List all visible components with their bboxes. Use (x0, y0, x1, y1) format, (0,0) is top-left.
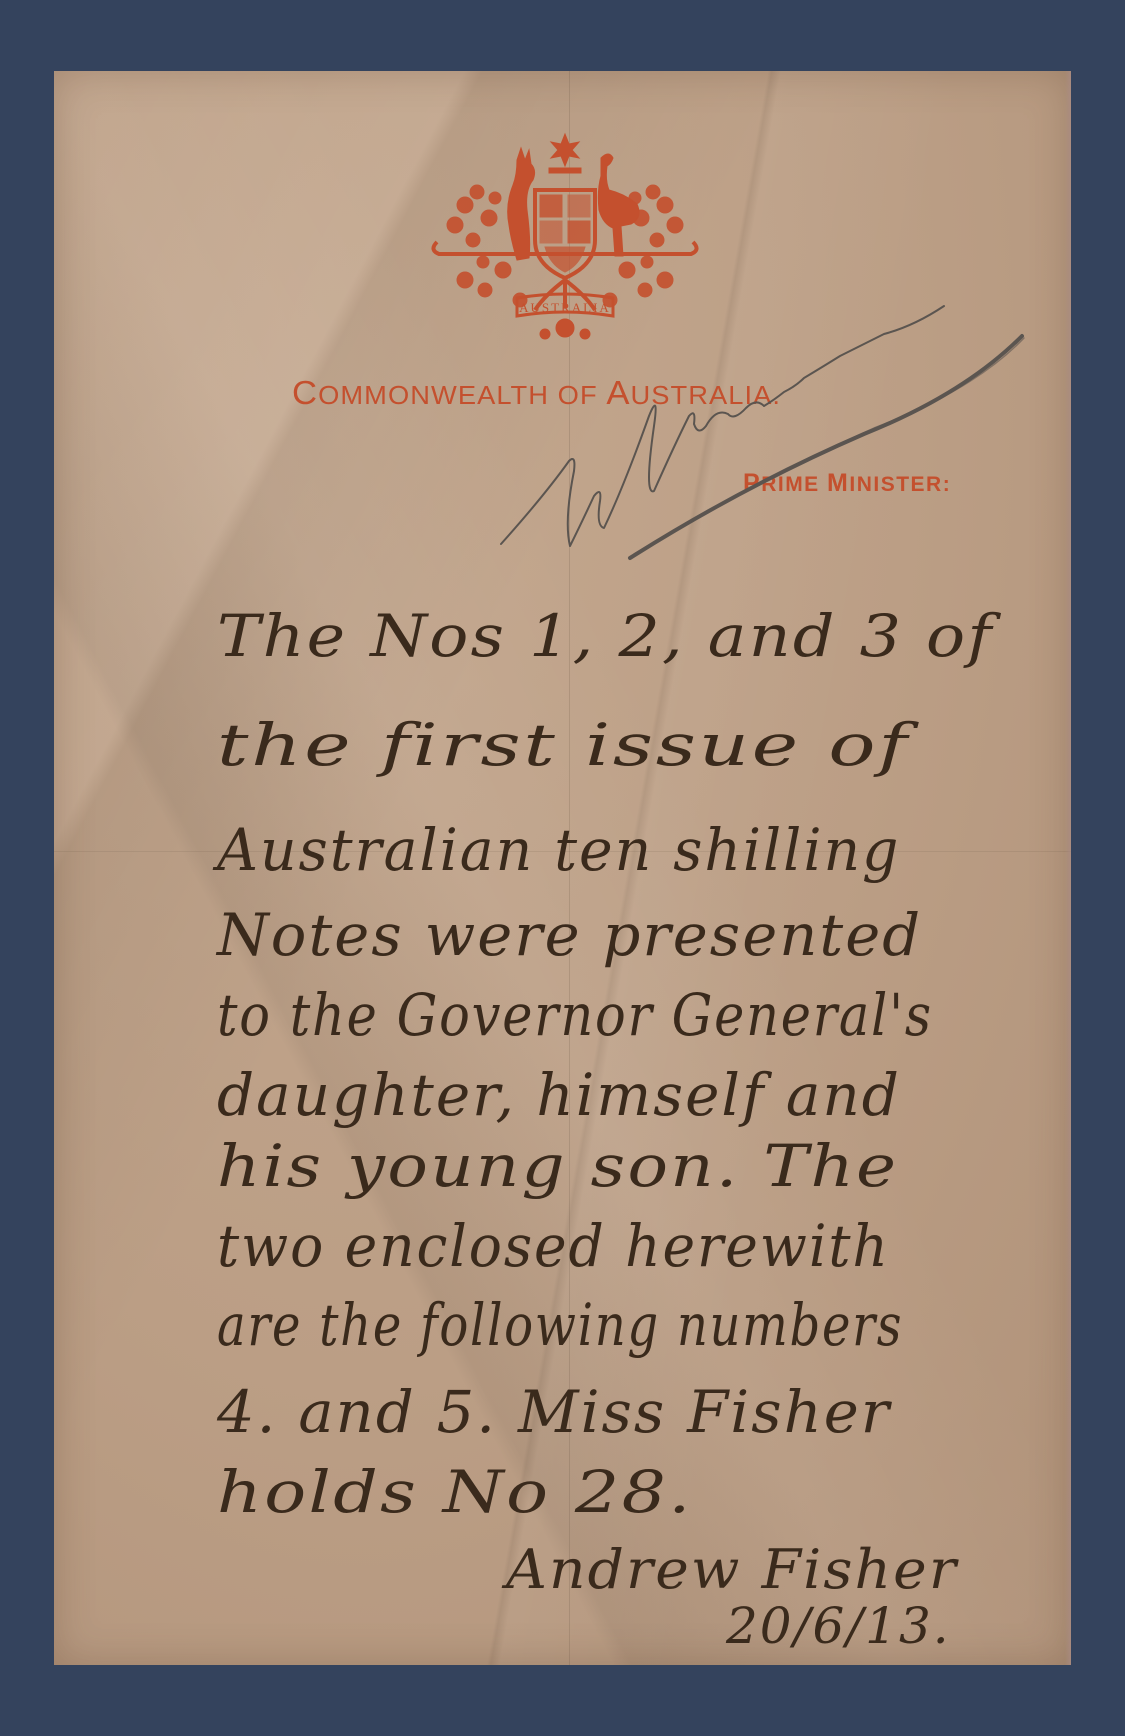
letter-line-1: The Nos 1, 2, and 3 of (217, 607, 994, 665)
letter-line-6: daughter, himself and (217, 1066, 901, 1124)
signature: Andrew Fisher (506, 1543, 958, 1597)
letter-line-7: his young son. The (217, 1137, 898, 1195)
letter-date: 20/6/13. (726, 1601, 951, 1651)
letter-line-4: Notes were presented (217, 906, 922, 964)
letter-paper: AUSTRALIA COMMONWEALTH OF AUSTRALIA. PRI… (54, 71, 1071, 1665)
letter-line-8: two enclosed herewith (217, 1217, 890, 1275)
pencil-scribble-icon (484, 296, 1044, 566)
letter-line-5: to the Governor General's (217, 986, 933, 1044)
letter-line-9: are the following numbers (217, 1296, 903, 1354)
letter-line-10: 4. and 5. Miss Fisher (217, 1383, 891, 1441)
letter-line-3: Australian ten shilling (217, 821, 900, 879)
letter-line-2: the first issue of (217, 716, 910, 774)
letter-line-11: holds No 28. (217, 1463, 693, 1521)
title-initial: C (292, 374, 318, 411)
